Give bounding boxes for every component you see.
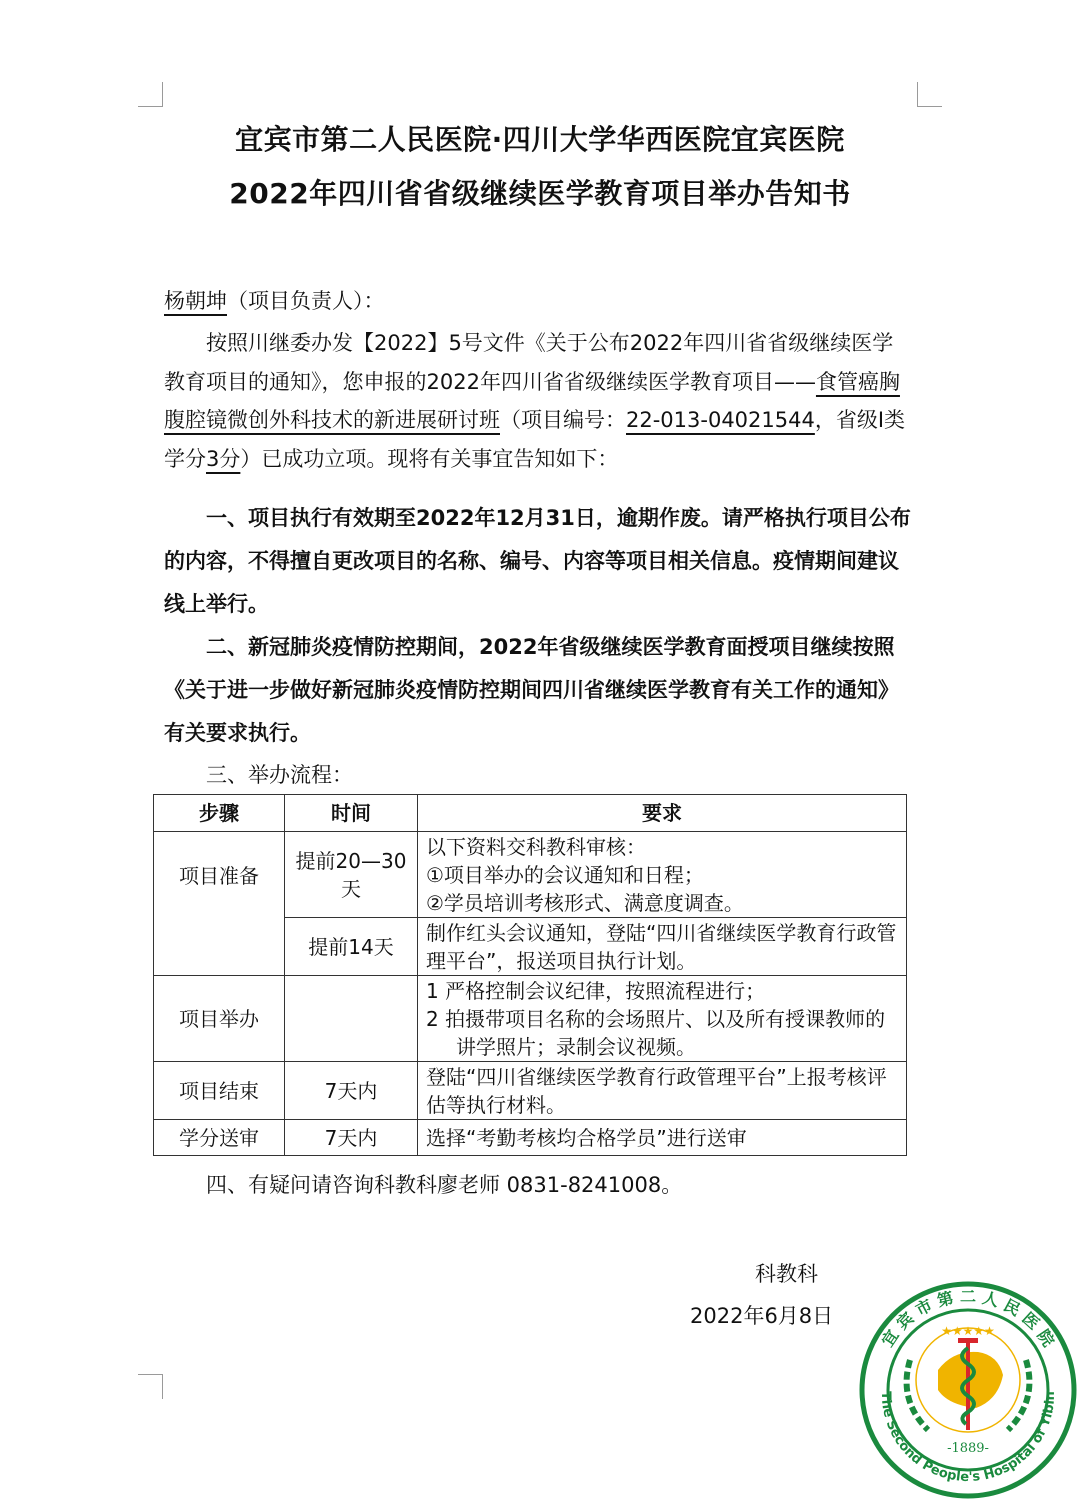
section-3-heading: 三、举办流程：: [164, 756, 914, 794]
hospital-seal-icon: ★★★★★ -1889- 宜 宾 市 第 二 人 民 医 院 The Secon…: [858, 1280, 1078, 1500]
crop-mark-top-left: [138, 82, 163, 107]
table-row: 项目准备 提前20—30天 以下资料交科教科审核： ①项目举办的会议通知和日程；…: [154, 832, 907, 918]
header-time: 时间: [285, 795, 418, 832]
table-row: 学分送审 7天内 选择“考勤考核均合格学员”进行送审: [154, 1120, 907, 1156]
svg-text:★★★★★: ★★★★★: [941, 1324, 995, 1338]
section-2: 二、新冠肺炎疫情防控期间，2022年省级继续医学教育面授项目继续按照《关于进一步…: [164, 626, 914, 755]
section-4-contact: 四、有疑问请咨询科教科廖老师 0831-8241008。: [164, 1166, 914, 1204]
process-table: 步骤 时间 要求 项目准备 提前20—30天 以下资料交科教科审核： ①项目举办…: [153, 794, 907, 1156]
recipient-name: 杨朝坤: [164, 289, 227, 313]
header-step: 步骤: [154, 795, 285, 832]
header-requirement: 要求: [418, 795, 907, 832]
section-1: 一、项目执行有效期至2022年12月31日，逾期作废。请严格执行项目公布的内容，…: [164, 497, 914, 626]
svg-text:-1889-: -1889-: [947, 1441, 989, 1456]
crop-mark-bottom-left: [138, 1374, 163, 1399]
signature-date: 2022年6月8日: [690, 1300, 833, 1330]
crop-mark-top-right: [917, 82, 942, 107]
salutation: 杨朝坤（项目负责人）：: [164, 282, 914, 320]
credits: 3分: [206, 447, 240, 471]
table-row: 项目结束 7天内 登陆“四川省继续医学教育行政管理平台”上报考核评估等执行材料。: [154, 1062, 907, 1120]
signature-department: 科教科: [755, 1258, 818, 1288]
document-title-line1: 宜宾市第二人民医院·四川大学华西医院宜宾医院: [0, 118, 1080, 158]
table-row: 项目举办 1 严格控制会议纪律，按照流程进行； 2 拍摄带项目名称的会场照片、以…: [154, 976, 907, 1062]
recipient-role: （项目负责人）：: [227, 289, 385, 313]
project-code: 22-013-04021544: [626, 408, 815, 432]
document-title-line2: 2022年四川省省级继续医学教育项目举办告知书: [0, 172, 1080, 212]
table-header-row: 步骤 时间 要求: [154, 795, 907, 832]
intro-paragraph: 按照川继委办发【2022】5号文件《关于公布2022年四川省省级继续医学教育项目…: [164, 324, 914, 478]
